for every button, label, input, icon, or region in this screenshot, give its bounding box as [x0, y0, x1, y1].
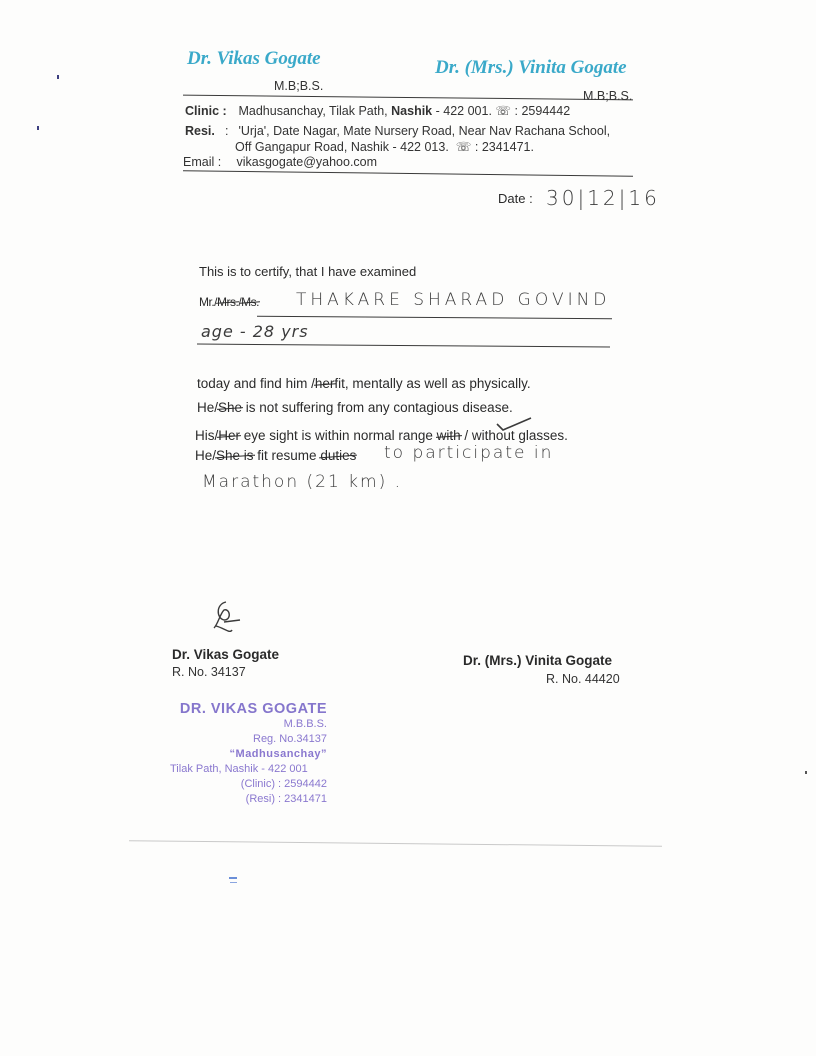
stamp-title: DR. VIKAS GOGATE — [160, 702, 327, 717]
doctor1-header-degree: M.B;B.S. — [274, 79, 323, 93]
salutation-mrs-struck: Mrs. — [217, 295, 238, 309]
handwritten-purpose-line-1: to participate in — [384, 443, 553, 463]
stamp-reg: Reg. No.34137 — [160, 732, 327, 747]
doctor-stamp: DR. VIKAS GOGATE M.B.B.S. Reg. No.34137 … — [160, 702, 327, 807]
residence-address-line2: Off Gangapur Road, Nashik - 422 013. — [235, 140, 449, 154]
email-row: Email : vikasgogate@yahoo.com — [183, 155, 377, 169]
handwritten-purpose-line-2: Marathon (21 km) . — [202, 472, 402, 492]
residence-phone: : 2341471. — [475, 140, 534, 154]
statement-line-3: His/Her eye sight is within normal range… — [195, 428, 568, 443]
doctor2-reg-number: R. No. 44420 — [546, 672, 620, 686]
statement-line-2: He/She is not suffering from any contagi… — [197, 400, 513, 415]
doctor1-reg-number: R. No. 34137 — [172, 665, 246, 679]
scan-speck — [805, 771, 807, 774]
doctor2-signature-name: Dr. (Mrs.) Vinita Gogate — [463, 653, 612, 668]
ink-speck — [229, 877, 237, 879]
clinic-phone: : 2594442 — [515, 104, 571, 118]
doctor1-signature-name: Dr. Vikas Gogate — [172, 647, 279, 662]
email-value[interactable]: vikasgogate@yahoo.com — [236, 155, 377, 169]
doctor2-header-name: Dr. (Mrs.) Vinita Gogate — [435, 57, 627, 79]
header-rule-bottom — [183, 170, 633, 176]
stamp-degree: M.B.B.S. — [160, 717, 327, 732]
telephone-icon: ☏ — [452, 140, 471, 154]
doctor2-header-degree: M.B;B.S. — [583, 89, 632, 103]
statement-line-4: He/She is fit resume duties — [195, 448, 356, 463]
scan-speck — [37, 126, 39, 130]
signature-mark — [210, 598, 250, 640]
stamp-clinic-phone: (Clinic) : 2594442 — [160, 777, 327, 792]
patient-age: age - 28 yrs — [201, 322, 309, 341]
email-label: Email : — [183, 155, 233, 169]
salutation: Mr./Mrs./Ms. — [199, 295, 259, 309]
residence-label: Resi. — [185, 124, 225, 138]
clinic-address: Madhusanchay, Tilak Path, — [238, 104, 387, 118]
name-underline — [257, 316, 612, 319]
date-value: 30|12|16 — [546, 186, 660, 210]
telephone-icon: ☏ — [495, 104, 511, 118]
header-rule-top — [183, 95, 633, 101]
clinic-city: Nashik — [391, 104, 432, 118]
clinic-pin: - 422 001. — [436, 104, 492, 118]
clinic-label: Clinic : — [185, 104, 235, 118]
age-underline — [197, 344, 610, 348]
residence-address-row: Resi.: 'Urja', Date Nagar, Mate Nursery … — [185, 124, 610, 138]
salutation-ms-struck: Ms. — [241, 295, 259, 309]
residence-address-line1: 'Urja', Date Nagar, Mate Nursery Road, N… — [238, 124, 610, 138]
statement-line-1: today and find him /herfit, mentally as … — [197, 376, 531, 391]
stamp-address: Tilak Path, Nashik - 422 001 — [170, 762, 327, 777]
patient-name: THAKARE SHARAD GOVIND — [296, 290, 610, 310]
date-label: Date : — [498, 191, 533, 206]
clinic-address-row: Clinic : Madhusanchay, Tilak Path, Nashi… — [185, 103, 570, 118]
doctor1-header-name: Dr. Vikas Gogate — [187, 48, 321, 70]
page-edge-line — [129, 840, 662, 847]
stamp-resi-phone: (Resi) : 2341471 — [160, 792, 327, 807]
residence-address-row-2: Off Gangapur Road, Nashik - 422 013. ☏ :… — [235, 139, 534, 154]
certify-intro: This is to certify, that I have examined — [199, 264, 416, 279]
stamp-clinic-name: “Madhusanchay” — [160, 747, 327, 762]
scan-speck — [57, 75, 59, 79]
ink-speck — [230, 882, 237, 883]
